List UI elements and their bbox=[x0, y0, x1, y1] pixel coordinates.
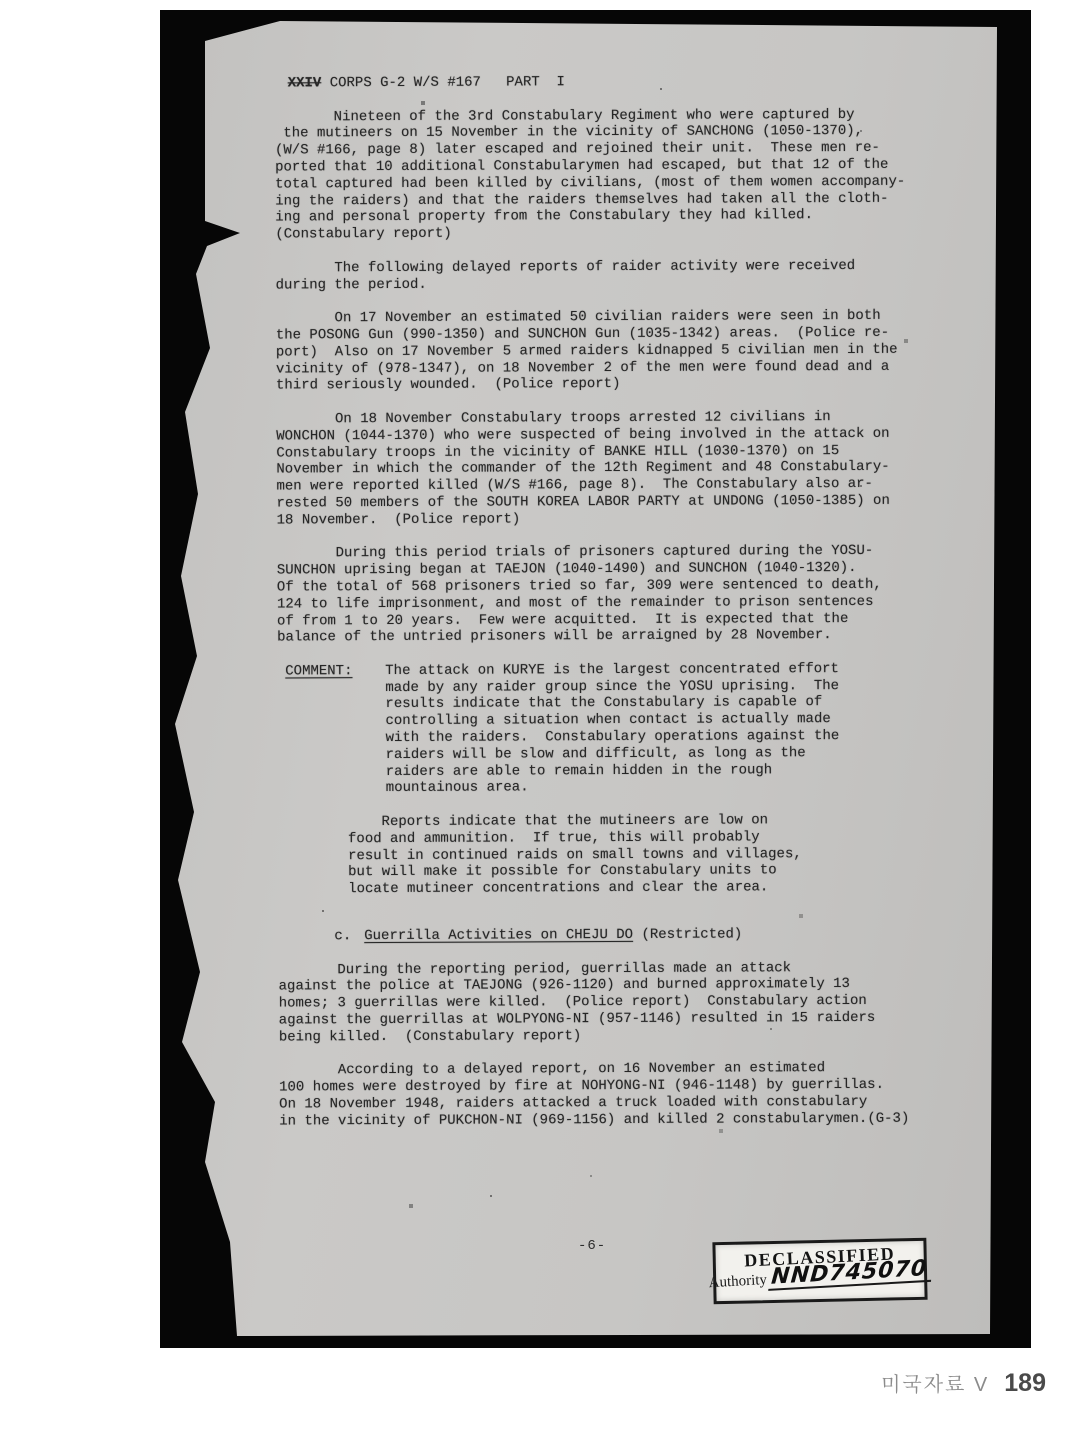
paragraph-1: Nineteen of the 3rd Constabulary Regimen… bbox=[275, 106, 956, 243]
comment-body: The attack on KURYE is the largest conce… bbox=[385, 661, 866, 797]
paragraph-7: According to a delayed report, on 16 Nov… bbox=[279, 1060, 959, 1130]
page-number: -6- bbox=[578, 1238, 606, 1254]
document-content: XXIV CORPS G-2 W/S #167 PART I Nineteen … bbox=[275, 73, 960, 1147]
stamp-authority-number: NND745070 bbox=[768, 1259, 933, 1291]
comment-block: COMMENT: The attack on KURYE is the larg… bbox=[277, 660, 958, 797]
scanned-document: XXIV CORPS G-2 W/S #167 PART I Nineteen … bbox=[160, 10, 1031, 1348]
paragraph-6: During the reporting period, guerrillas … bbox=[279, 959, 959, 1046]
section-heading: c.Guerrilla Activities on CHEJU DO (Rest… bbox=[278, 926, 958, 946]
paragraph-4: On 18 November Constabulary troops arres… bbox=[276, 408, 957, 529]
section-letter: c. bbox=[334, 928, 351, 944]
page: XXIV CORPS G-2 W/S #167 PART I Nineteen … bbox=[0, 0, 1080, 1439]
section-classification: (Restricted) bbox=[633, 927, 742, 943]
comment-label: COMMENT: bbox=[285, 663, 386, 798]
header-title-text: CORPS G-2 W/S #167 PART I bbox=[321, 74, 565, 91]
paragraph-5: During this period trials of prisoners c… bbox=[277, 543, 957, 647]
stamp-authority-label: Authority bbox=[708, 1272, 767, 1294]
document-header: XXIV CORPS G-2 W/S #167 PART I bbox=[288, 73, 955, 93]
paragraph-3: On 17 November an estimated 50 civilian … bbox=[276, 308, 956, 395]
header-corps-numeral-struck: XXIV bbox=[288, 75, 322, 91]
declassified-stamp: DECLASSIFIED Authority NND745070 bbox=[712, 1238, 927, 1304]
book-footer: 미국자료 V 189 bbox=[881, 1368, 1046, 1398]
footer-page-number: 189 bbox=[1004, 1369, 1046, 1398]
comment-continuation: Reports indicate that the mutineers are … bbox=[348, 812, 828, 898]
paragraph-2: The following delayed reports of raider … bbox=[275, 257, 955, 294]
footer-series-label: 미국자료 V bbox=[881, 1368, 989, 1397]
section-title: Guerrilla Activities on CHEJU DO bbox=[364, 927, 633, 944]
scan-noise bbox=[160, 10, 162, 12]
